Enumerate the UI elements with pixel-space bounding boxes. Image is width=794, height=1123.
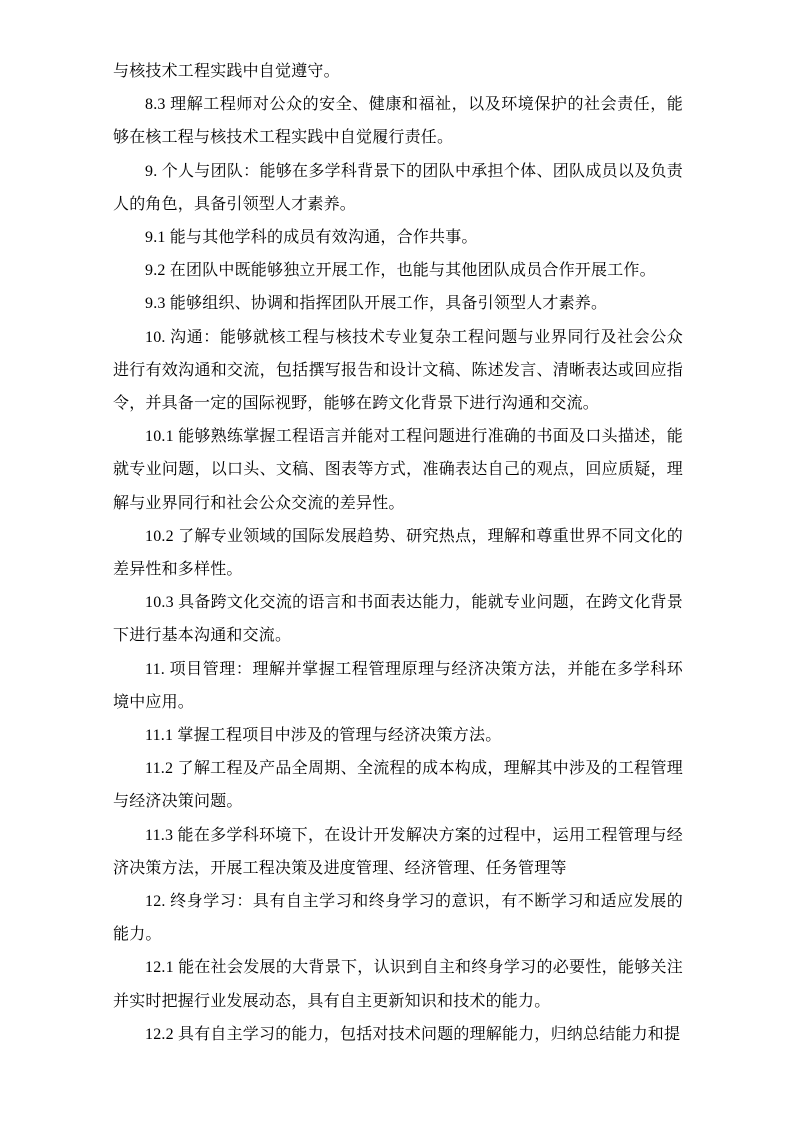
paragraph: 9.3 能够组织、协调和指挥团队开展工作，具备引领型人才素养。 [113, 287, 683, 320]
paragraph: 10.3 具备跨文化交流的语言和书面表达能力，能就专业问题，在跨文化背景下进行基… [113, 586, 683, 652]
paragraph: 12. 终身学习：具有自主学习和终身学习的意识，有不断学习和适应发展的能力。 [113, 885, 683, 951]
paragraph: 9.1 能与其他学科的成员有效沟通，合作共事。 [113, 221, 683, 254]
paragraph: 10.1 能够熟练掌握工程语言并能对工程问题进行准确的书面及口头描述，能就专业问… [113, 420, 683, 520]
paragraph: 11. 项目管理：理解并掌握工程管理原理与经济决策方法，并能在多学科环境中应用。 [113, 653, 683, 719]
document-body: 与核技术工程实践中自觉遵守。8.3 理解工程师对公众的安全、健康和福祉，以及环境… [113, 55, 683, 1051]
paragraph: 10. 沟通：能够就核工程与核技术专业复杂工程问题与业界同行及社会公众进行有效沟… [113, 321, 683, 421]
document-page: 与核技术工程实践中自觉遵守。8.3 理解工程师对公众的安全、健康和福祉，以及环境… [0, 0, 794, 1123]
paragraph: 10.2 了解专业领域的国际发展趋势、研究热点，理解和尊重世界不同文化的差异性和… [113, 520, 683, 586]
paragraph: 12.2 具有自主学习的能力，包括对技术问题的理解能力，归纳总结能力和提 [113, 1018, 683, 1051]
paragraph: 9. 个人与团队：能够在多学科背景下的团队中承担个体、团队成员以及负责人的角色，… [113, 155, 683, 221]
paragraph: 12.1 能在社会发展的大背景下，认识到自主和终身学习的必要性，能够关注并实时把… [113, 951, 683, 1017]
paragraph: 11.1 掌握工程项目中涉及的管理与经济决策方法。 [113, 719, 683, 752]
paragraph: 与核技术工程实践中自觉遵守。 [113, 55, 683, 88]
paragraph: 8.3 理解工程师对公众的安全、健康和福祉，以及环境保护的社会责任，能够在核工程… [113, 88, 683, 154]
paragraph: 11.2 了解工程及产品全周期、全流程的成本构成，理解其中涉及的工程管理与经济决… [113, 752, 683, 818]
paragraph: 9.2 在团队中既能够独立开展工作，也能与其他团队成员合作开展工作。 [113, 254, 683, 287]
paragraph: 11.3 能在多学科环境下，在设计开发解决方案的过程中，运用工程管理与经济决策方… [113, 819, 683, 885]
